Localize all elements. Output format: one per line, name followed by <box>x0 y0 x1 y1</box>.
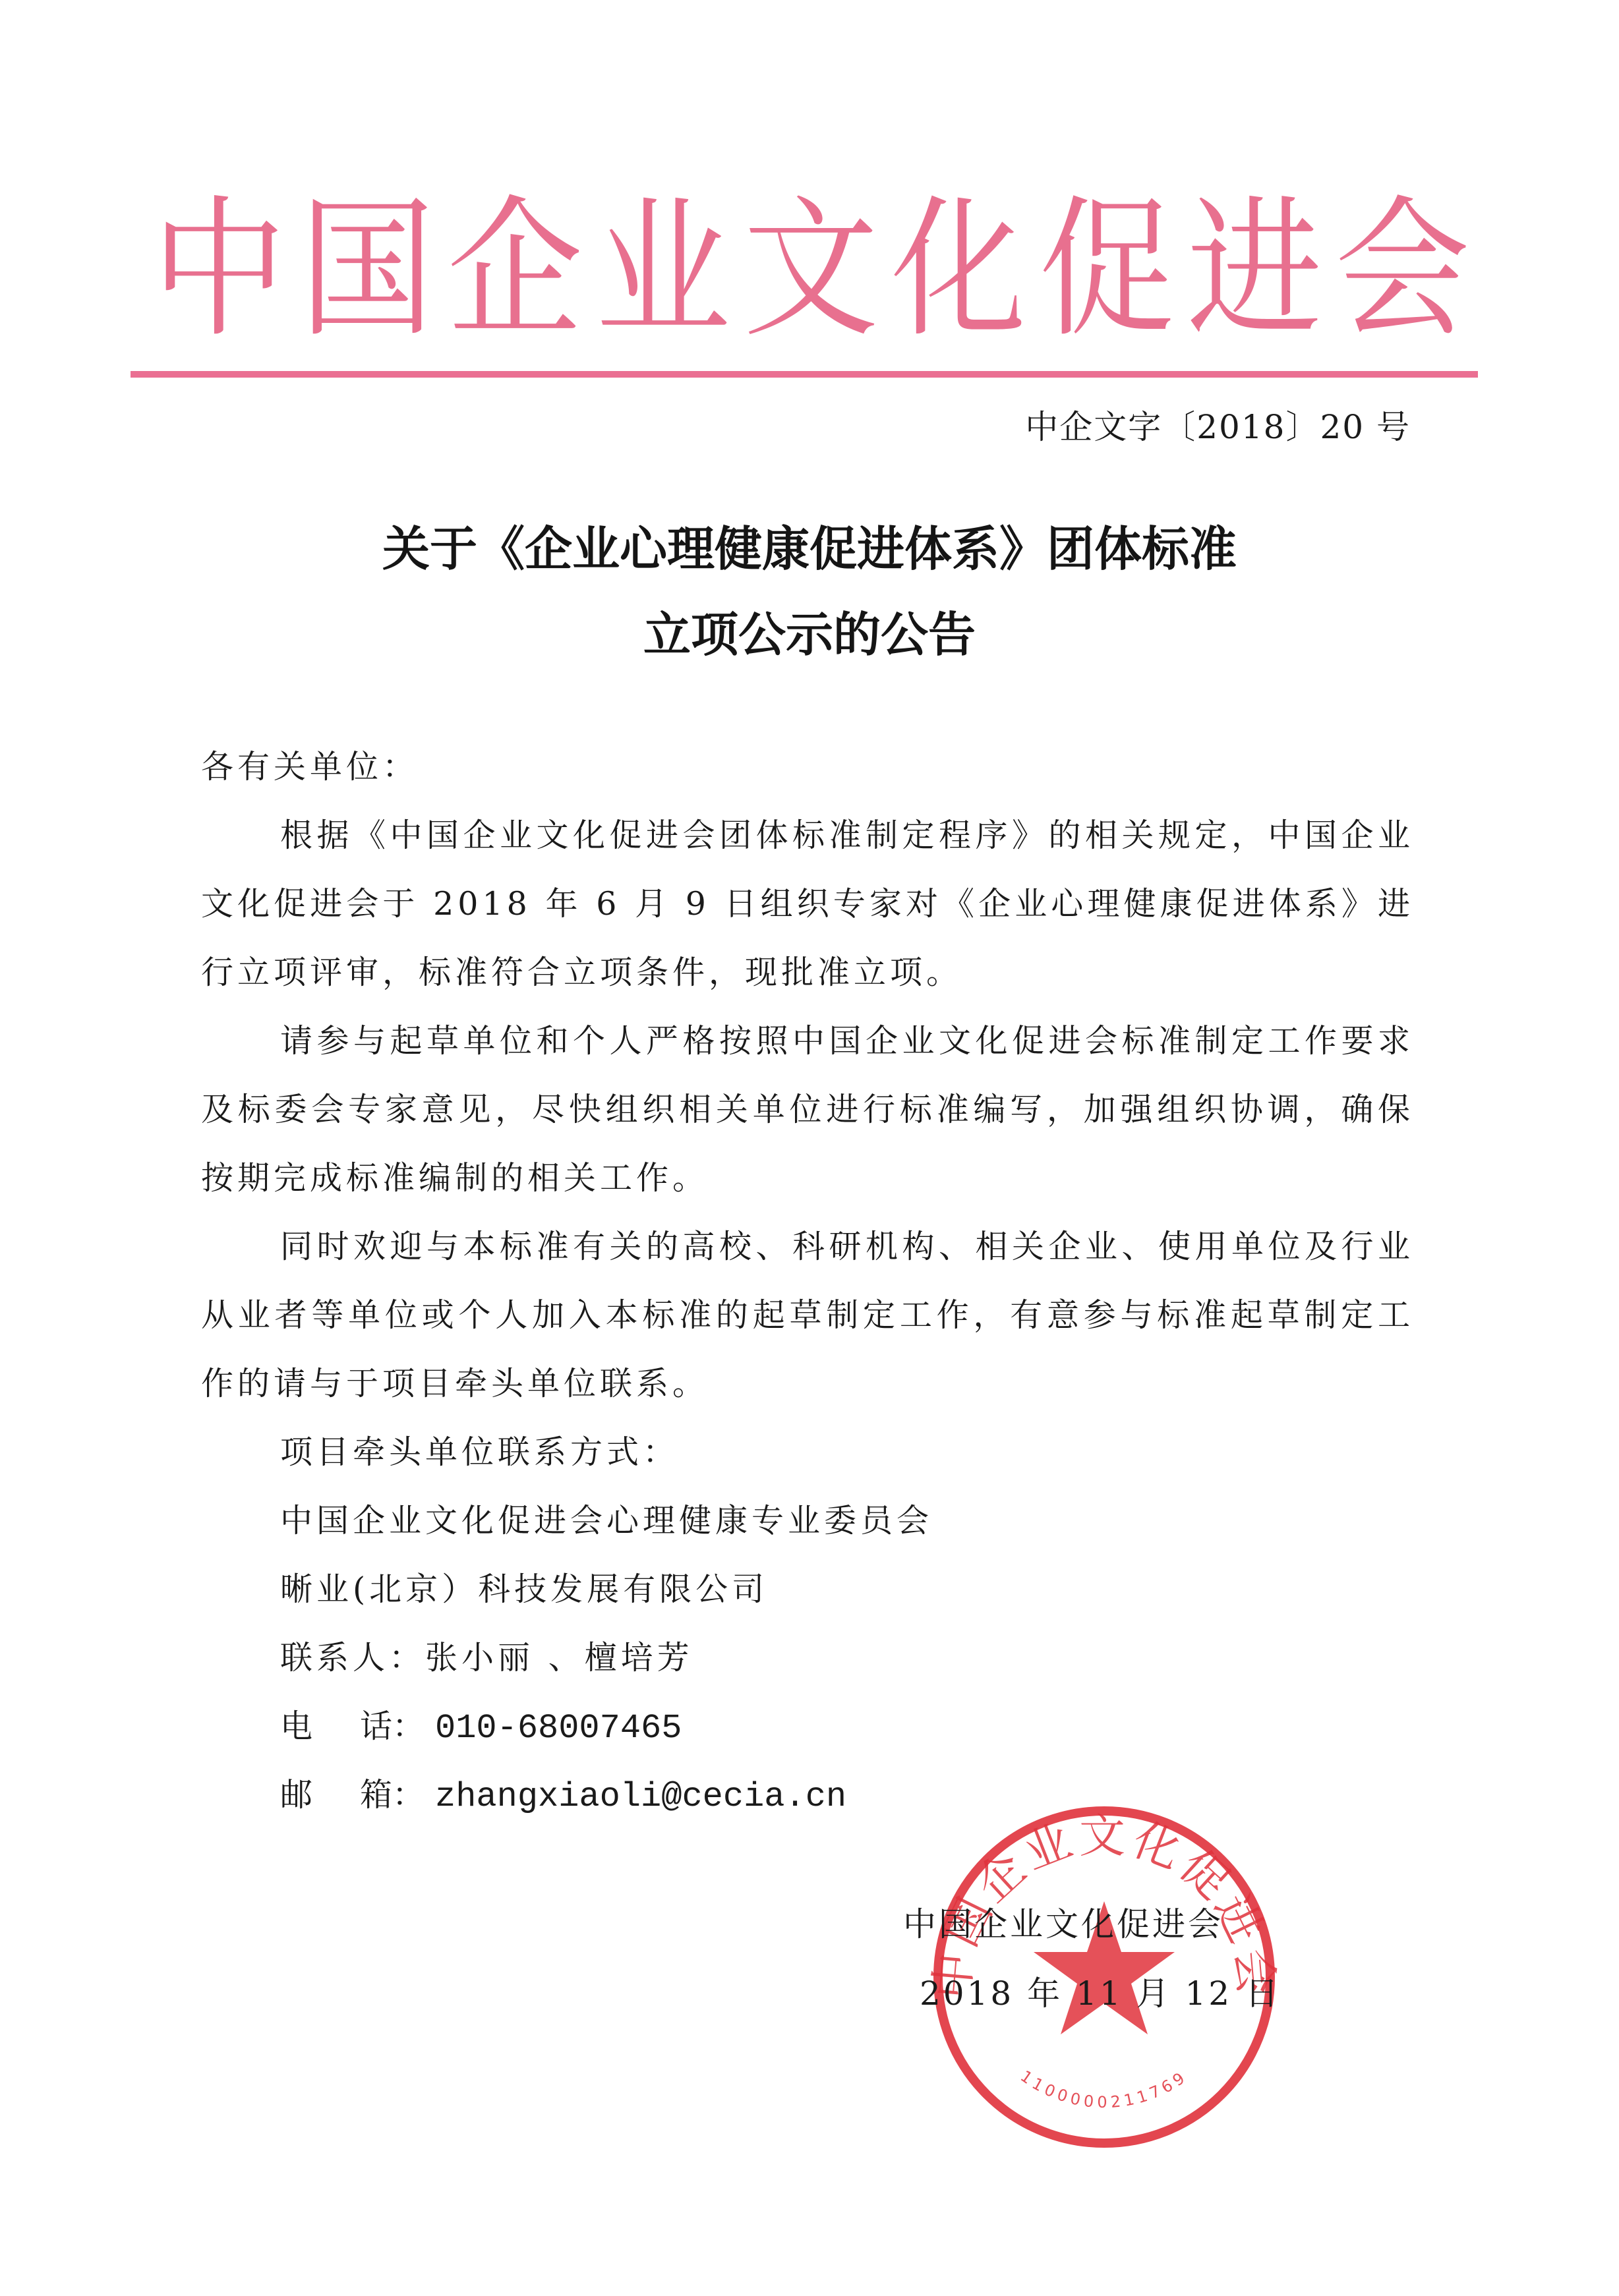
document-number: 中企文字〔2018〕20 号 <box>989 401 1411 448</box>
svg-text:1100000211769: 1100000211769 <box>1017 2067 1191 2111</box>
email-address: zhangxiaoli@cecia.cn <box>435 1777 846 1816</box>
document-title-line-1: 关于《企业心理健康促进体系》团体标准 <box>132 511 1487 579</box>
signature-date: 2018 年 11 月 12 日 <box>920 1967 1315 2015</box>
salutation: 各有关单位： <box>201 733 1414 801</box>
body-paragraph: 根据《中国企业文化促进会团体标准制定程序》的相关规定，中国企业文化促进会于 20… <box>201 801 1414 1007</box>
org-letterhead: 中 国 企 业 文 化 促 进 会 <box>152 174 1470 366</box>
letterhead-char: 企 <box>448 194 583 346</box>
document-title-line-2: 立项公示的公告 <box>132 596 1487 665</box>
body-paragraph: 请参与起草单位和个人严格按照中国企业文化促进会标准制定工作要求及标委会专家意见，… <box>201 1007 1414 1213</box>
contact-persons-row: 联系人：张小丽 、檀培芳 <box>280 1624 1203 1692</box>
contact-phone-row: 电话：010-68007465 <box>280 1692 1203 1763</box>
letterhead-char: 业 <box>595 194 730 346</box>
contact-heading: 项目牵头单位联系方式： <box>280 1418 1203 1487</box>
letterhead-divider <box>131 371 1478 378</box>
contact-person-label: 联系人： <box>280 1639 425 1677</box>
contact-unit: 晰业(北京）科技发展有限公司 <box>280 1555 1203 1624</box>
email-label: 邮箱： <box>280 1761 435 1829</box>
letterhead-char: 国 <box>299 194 434 346</box>
phone-number: 010-68007465 <box>435 1709 682 1748</box>
letterhead-char: 进 <box>1187 194 1322 346</box>
signature-organization: 中国企业文化促进会 <box>903 1898 1299 1945</box>
letterhead-char: 文 <box>744 194 879 346</box>
body-paragraph: 同时欢迎与本标准有关的高校、科研机构、相关企业、使用单位及行业从业者等单位或个人… <box>201 1213 1414 1418</box>
letterhead-char: 促 <box>1039 194 1174 346</box>
contact-unit: 中国企业文化促进会心理健康专业委员会 <box>280 1487 1203 1555</box>
document-page: 中 国 企 业 文 化 促 进 会 中企文字〔2018〕20 号 关于《企业心理… <box>0 0 1619 2296</box>
letterhead-char: 中 <box>152 194 287 346</box>
phone-label: 电话： <box>280 1692 435 1761</box>
letterhead-char: 化 <box>891 194 1026 346</box>
contact-person-names: 张小丽 、檀培芳 <box>425 1639 693 1677</box>
letterhead-char: 会 <box>1335 194 1470 346</box>
